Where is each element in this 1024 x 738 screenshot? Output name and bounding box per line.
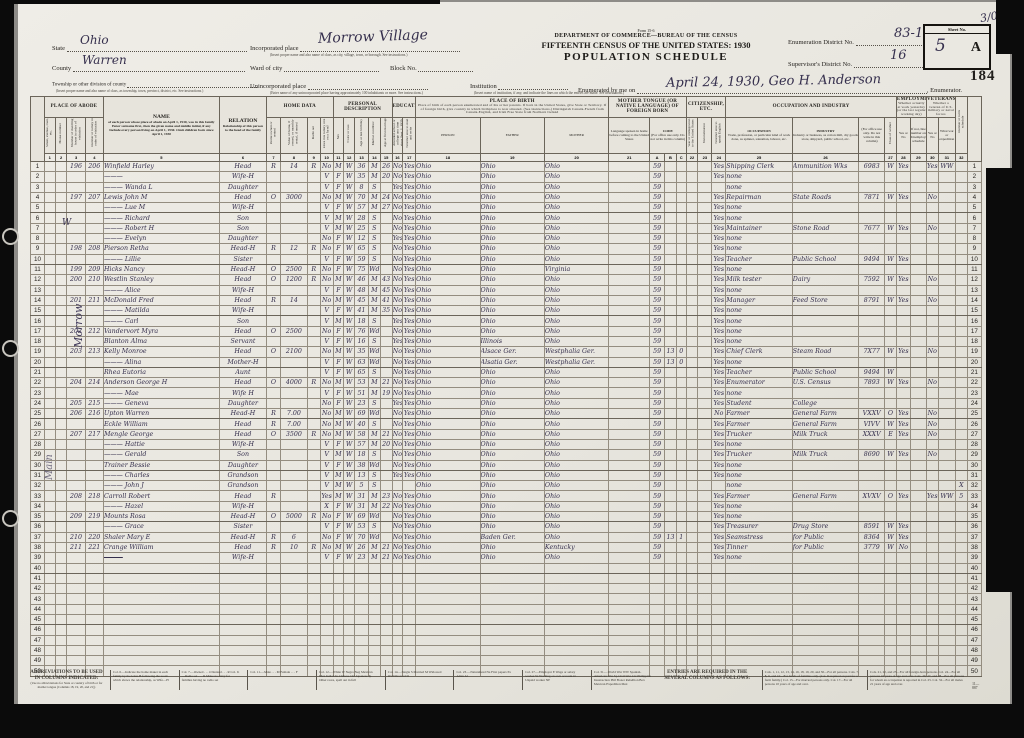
cell (910, 398, 926, 408)
cell (896, 264, 910, 274)
cell (67, 439, 85, 449)
cell (938, 223, 955, 233)
cell (938, 450, 955, 460)
cell: 215 (85, 398, 103, 408)
cell: 207 (85, 192, 103, 202)
line-number: 3 (31, 182, 45, 192)
cell (403, 573, 416, 583)
cell (792, 635, 859, 645)
cell (354, 563, 368, 573)
cell: 8 (354, 182, 368, 192)
cell: Ohio (416, 512, 480, 522)
cell (307, 234, 320, 244)
col-header-color: Color or race (344, 117, 355, 153)
cell (44, 512, 55, 522)
cell (665, 234, 677, 244)
cell (85, 357, 103, 367)
cell: Ohio (480, 501, 544, 511)
cell: Yes (403, 336, 416, 346)
cell: ——— Grace (103, 522, 219, 532)
cell: none (726, 244, 793, 254)
line-number: 36 (31, 522, 45, 532)
cell (896, 182, 910, 192)
cell (885, 635, 897, 645)
cell (686, 460, 698, 470)
cell (665, 285, 677, 295)
line-number: 28 (31, 439, 45, 449)
cell (955, 635, 967, 645)
cell: ——— (103, 553, 219, 563)
cell (676, 275, 686, 285)
cell: F (333, 203, 344, 213)
cell (55, 182, 67, 192)
cell (307, 182, 320, 192)
cell (676, 398, 686, 408)
cell: No (392, 172, 403, 182)
cell (955, 336, 967, 346)
cell (938, 419, 955, 429)
cell: Yes (712, 172, 726, 182)
cell (307, 450, 320, 460)
line-number: 18 (31, 336, 45, 346)
cell: Ohio (480, 316, 544, 326)
cell (609, 192, 650, 202)
cell (307, 213, 320, 223)
col-header-radio: Radio set (307, 117, 320, 153)
cell (955, 285, 967, 295)
cell: W (344, 275, 355, 285)
line-number: 11 (31, 264, 45, 274)
cell (44, 223, 55, 233)
table-row: 6——— RichardSonVMW28SNoYesOhioOhioOhio59… (31, 213, 982, 223)
cell (896, 460, 910, 470)
line-number: 15 (967, 306, 981, 316)
cell (44, 625, 55, 635)
cell: Ohio (544, 491, 608, 501)
cell: F (333, 512, 344, 522)
cell (910, 409, 926, 419)
cell (665, 501, 677, 511)
cell (665, 553, 677, 563)
cell: 7.00 (280, 419, 307, 429)
cell: 7871 (859, 192, 885, 202)
cell: Ohio (544, 409, 608, 419)
cell (380, 223, 392, 233)
cell: General Farm (792, 419, 859, 429)
line-number: 12 (967, 275, 981, 285)
cell (354, 656, 368, 666)
cell: 59 (650, 223, 665, 233)
cell: 4000 (280, 378, 307, 388)
line-number: 7 (967, 223, 981, 233)
cell (280, 357, 307, 367)
cell (885, 306, 897, 316)
cell: W (885, 450, 897, 460)
cell (609, 264, 650, 274)
cell (686, 213, 698, 223)
cell: Yes (403, 316, 416, 326)
cell (686, 542, 698, 552)
cell (307, 367, 320, 377)
cell: 9494 (859, 367, 885, 377)
cell (544, 656, 608, 666)
cell (938, 213, 955, 223)
cell (544, 625, 608, 635)
cell (792, 625, 859, 635)
cell: 59 (650, 460, 665, 470)
line-number: 39 (31, 553, 45, 563)
cell (368, 563, 380, 573)
schedule-title: POPULATION SCHEDULE (486, 51, 806, 63)
cell (103, 656, 219, 666)
cell: W (344, 244, 355, 254)
cell: VXXV (859, 409, 885, 419)
line-number: 5 (967, 203, 981, 213)
cell (698, 481, 712, 491)
cell: Yes (403, 264, 416, 274)
cell: Ohio (544, 512, 608, 522)
cell (307, 192, 320, 202)
cell (938, 429, 955, 439)
cell: 19 (380, 388, 392, 398)
cell: Yes (896, 429, 910, 439)
table-row: 4949 (31, 656, 982, 666)
cell (665, 635, 677, 645)
cell (403, 625, 416, 635)
cell (885, 285, 897, 295)
cell (676, 512, 686, 522)
cell: Alsatia Ger. (480, 357, 544, 367)
cell (280, 573, 307, 583)
cell: V (320, 182, 333, 192)
cell (380, 244, 392, 254)
form-title-block: Form 15-6 DEPARTMENT OF COMMERCE—BUREAU … (486, 28, 806, 63)
cell: R (307, 542, 320, 552)
cell (609, 553, 650, 563)
cell (67, 625, 85, 635)
cell (103, 563, 219, 573)
cell: Yes (403, 450, 416, 460)
cell (344, 635, 355, 645)
cell: Head (219, 295, 266, 305)
cell (885, 326, 897, 336)
cell (609, 223, 650, 233)
cell (665, 563, 677, 573)
cell: No (392, 409, 403, 419)
street-name-scrawl-2: Main (44, 390, 55, 480)
cell: No (320, 542, 333, 552)
column-number (859, 153, 885, 161)
cell (910, 336, 926, 346)
cell (67, 203, 85, 213)
cell (712, 625, 726, 635)
cell: Ohio (416, 542, 480, 552)
cell (896, 604, 910, 614)
cell (55, 244, 67, 254)
cell: 53 (354, 378, 368, 388)
cell: Ohio (480, 234, 544, 244)
cell (392, 645, 403, 655)
cell (938, 542, 955, 552)
table-row: 35209219Mounts RosaHead-HO5000RNoFW69WdN… (31, 512, 982, 522)
cell (665, 172, 677, 182)
cell (307, 594, 320, 604)
cell: W (885, 223, 897, 233)
cell: 210 (85, 275, 103, 285)
cell (67, 563, 85, 573)
cell (926, 316, 938, 326)
cell: Farmer (726, 491, 793, 501)
cell (267, 604, 281, 614)
cell (392, 481, 403, 491)
cell (955, 213, 967, 223)
cell (416, 656, 480, 666)
cell: none (726, 439, 793, 449)
cell (910, 542, 926, 552)
line-number: 2 (967, 172, 981, 182)
cell (792, 563, 859, 573)
cell: Ohio (544, 481, 608, 491)
column-number: 16 (392, 153, 403, 161)
cell (698, 234, 712, 244)
cell (938, 244, 955, 254)
cell: W (344, 481, 355, 491)
cell (280, 481, 307, 491)
line-number: 25 (967, 409, 981, 419)
cell: 59 (650, 398, 665, 408)
cell (676, 203, 686, 213)
cell: Crange William (103, 542, 219, 552)
cell (726, 573, 793, 583)
cell: 58 (354, 429, 368, 439)
cell: WW (938, 161, 955, 171)
table-row: 30Trainer BessieDaughterVFW38WdNoYesOhio… (31, 460, 982, 470)
cell: Wd (368, 347, 380, 357)
cell (938, 563, 955, 573)
cell (416, 563, 480, 573)
cell: Yes (712, 367, 726, 377)
cell: 12 (354, 234, 368, 244)
cell (650, 645, 665, 655)
cell (926, 439, 938, 449)
cell: 59 (650, 234, 665, 244)
cell: F (333, 532, 344, 542)
cell: No (896, 542, 910, 552)
cell: 26 (380, 161, 392, 171)
table-row: 37210220Shaler Mary EHead-HR6NoFW70WdNoY… (31, 532, 982, 542)
table-row: 7——— Robert HSonVMW25SNoYesOhioOhioOhio5… (31, 223, 982, 233)
cell (609, 347, 650, 357)
cell (676, 378, 686, 388)
cell: Yes (896, 275, 910, 285)
cell (686, 275, 698, 285)
cell (665, 326, 677, 336)
cell: Yes (403, 203, 416, 213)
cell: Ohio (416, 182, 480, 192)
cell (103, 584, 219, 594)
cell (686, 336, 698, 346)
cell (676, 450, 686, 460)
cell (55, 615, 67, 625)
cell: S (368, 419, 380, 429)
cell (416, 584, 480, 594)
cell: Baden Ger. (480, 532, 544, 542)
cell (67, 594, 85, 604)
cell (44, 615, 55, 625)
cell (910, 264, 926, 274)
cell: for Public (792, 542, 859, 552)
cell: W (344, 532, 355, 542)
cell: No (320, 532, 333, 542)
cell (698, 645, 712, 655)
cell: Head (219, 491, 266, 501)
cell: Ohio (480, 285, 544, 295)
cell (219, 635, 266, 645)
cell (955, 244, 967, 254)
cell (955, 429, 967, 439)
cell (792, 316, 859, 326)
line-number: 22 (31, 378, 45, 388)
cell: W (885, 161, 897, 171)
cell (307, 481, 320, 491)
cell (85, 213, 103, 223)
cell: 35 (380, 306, 392, 316)
cell: Yes (712, 460, 726, 470)
cell (926, 264, 938, 274)
cell: W (344, 409, 355, 419)
cell: No (320, 347, 333, 357)
cell (280, 553, 307, 563)
cell (44, 563, 55, 573)
cell (676, 470, 686, 480)
cell: Ohio (480, 223, 544, 233)
cell: W (344, 357, 355, 367)
cell (380, 481, 392, 491)
cell (955, 161, 967, 171)
cell: No (320, 512, 333, 522)
line-number: 9 (967, 244, 981, 254)
cell (665, 542, 677, 552)
cell: Eckle William (103, 419, 219, 429)
cell: No (392, 512, 403, 522)
cell (926, 645, 938, 655)
cell: 59 (650, 285, 665, 295)
line-number: 14 (967, 295, 981, 305)
cell (910, 223, 926, 233)
cell: Ohio (480, 542, 544, 552)
cell (698, 419, 712, 429)
cell: Wife-H (219, 203, 266, 213)
cell (926, 336, 938, 346)
cell: R (307, 512, 320, 522)
cell (665, 316, 677, 326)
cell (859, 203, 885, 213)
line-number: 6 (967, 213, 981, 223)
cell: V (320, 367, 333, 377)
cell (792, 285, 859, 295)
cell (85, 388, 103, 398)
cell (609, 336, 650, 346)
cell: Upton Warren (103, 409, 219, 419)
cell: Ohio (416, 450, 480, 460)
cell (698, 563, 712, 573)
cell: W (344, 347, 355, 357)
col-header-marital: Marital condition (368, 117, 380, 153)
cell (67, 584, 85, 594)
cell: 59 (650, 439, 665, 449)
cell: Ohio (416, 192, 480, 202)
cell: 70 (354, 532, 368, 542)
cell (676, 223, 686, 233)
cell (938, 367, 955, 377)
cell (926, 398, 938, 408)
cell (726, 656, 793, 666)
cell (792, 573, 859, 583)
cell: Ohio (544, 295, 608, 305)
cell (698, 316, 712, 326)
cell: 13 (665, 357, 677, 367)
column-number: 26 (792, 153, 859, 161)
cell: W (885, 254, 897, 264)
cell (885, 573, 897, 583)
column-number: 32 (955, 153, 967, 161)
cell (55, 439, 67, 449)
county-label: County (52, 64, 245, 72)
cell: Yes (712, 532, 726, 542)
cell (85, 635, 103, 645)
cell (280, 234, 307, 244)
cell (85, 501, 103, 511)
cell (686, 357, 698, 367)
cell (938, 254, 955, 264)
cell (44, 161, 55, 171)
cell (938, 264, 955, 274)
cell (926, 367, 938, 377)
cell (67, 573, 85, 583)
cell (650, 656, 665, 666)
cell: Ohio (480, 398, 544, 408)
cell (686, 285, 698, 295)
cell: S (368, 254, 380, 264)
cell (85, 367, 103, 377)
cell (544, 573, 608, 583)
cell: 20 (380, 172, 392, 182)
cell (267, 388, 281, 398)
entries-required-title: ENTRIES ARE REQUIRED IN THE SEVERAL COLU… (660, 670, 755, 690)
cell (910, 532, 926, 542)
cell: XXXV (859, 429, 885, 439)
cell: Shaler Mary E (103, 532, 219, 542)
line-number: 12 (31, 275, 45, 285)
cell: No (320, 409, 333, 419)
cell: Yes (403, 306, 416, 316)
cell (885, 645, 897, 655)
abbrev-col: Col. 6.—Indicate the home maker in each … (110, 670, 172, 690)
cell: No (320, 295, 333, 305)
cell (380, 604, 392, 614)
cell (403, 615, 416, 625)
line-number: 17 (967, 326, 981, 336)
table-row: 21Rhea EutoriaAuntVFW65SNoYesOhioOhioOhi… (31, 367, 982, 377)
cell: 205 (67, 398, 85, 408)
col-header-veteran-war: What war or expedition (938, 117, 955, 153)
cell (896, 234, 910, 244)
cell: No (320, 244, 333, 254)
cell (910, 584, 926, 594)
cell: W (885, 542, 897, 552)
cell: W (885, 295, 897, 305)
cell: 0 (676, 357, 686, 367)
